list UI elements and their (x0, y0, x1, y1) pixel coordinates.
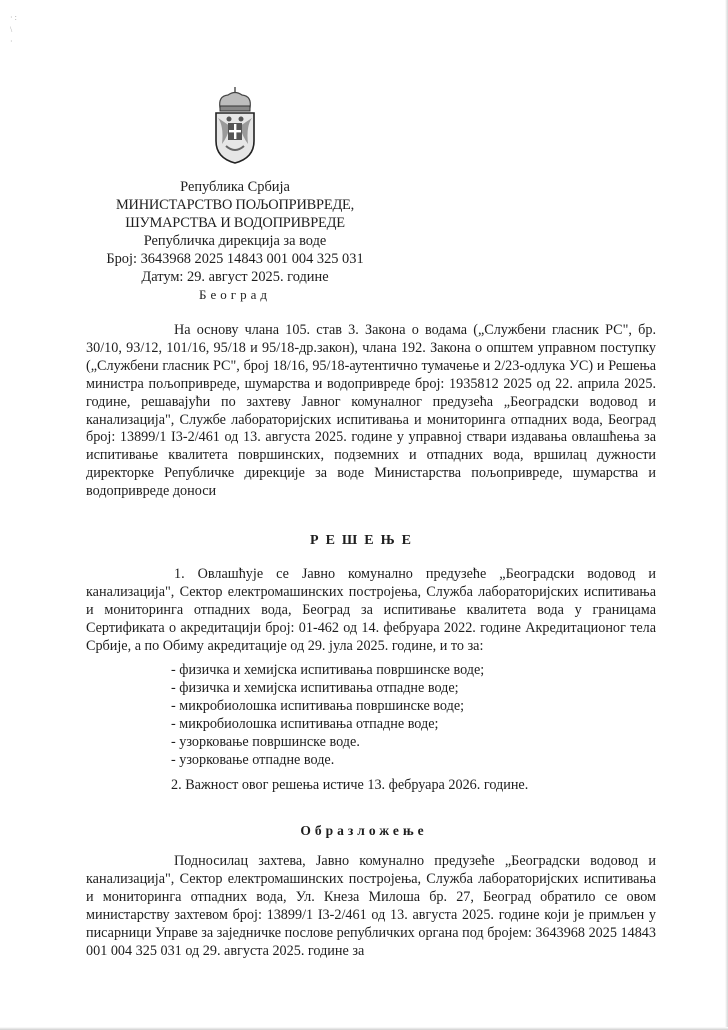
list-item: - микробиолошка испитивања површинске во… (171, 698, 484, 716)
list-item: - физичка и хемијска испитивања површинс… (171, 662, 484, 680)
ministry-name: МИНИСТАРСТВО ПОЉОПРИВРЕДЕ, (100, 196, 370, 214)
document-header: Република Србија МИНИСТАРСТВО ПОЉОПРИВРЕ… (100, 178, 370, 304)
reasoning-title: Образложење (0, 823, 728, 839)
directorate-name: Републичка дирекција за воде (100, 232, 370, 250)
list-item: - микробиолошка испитивања отпадне воде; (171, 716, 484, 734)
list-item: - узорковање површинске воде. (171, 734, 484, 752)
list-item: - физичка и хемијска испитивања отпадне … (171, 680, 484, 698)
decision-point-1: 1. Овлашћује се Јавно комунално предузећ… (86, 566, 656, 656)
document-city: Београд (100, 286, 370, 304)
ministry-name-cont: ШУМАРСТВА И ВОДОПРИВРЕДЕ (100, 214, 370, 232)
document-date: Датум: 29. август 2025. године (100, 268, 370, 286)
reasoning-paragraph: Подносилац захтева, Јавно комунално пред… (86, 853, 656, 960)
decision-point-2: 2. Важност овог решења истиче 13. фебруа… (171, 777, 528, 794)
authorization-list: - физичка и хемијска испитивања површинс… (171, 662, 484, 769)
serbian-coat-of-arms-icon (212, 86, 258, 164)
preamble-paragraph: На основу члана 105. став 3. Закона о во… (86, 322, 656, 501)
scan-mark: · (10, 36, 17, 48)
scan-mark: \ (10, 24, 17, 36)
scan-mark: · : (10, 12, 17, 24)
document-number: Број: 3643968 2025 14843 001 004 325 031 (100, 250, 370, 268)
list-item: - узорковање отпадне воде. (171, 752, 484, 770)
decision-title: РЕШЕЊЕ (0, 533, 728, 549)
country-name: Република Србија (100, 178, 370, 196)
scan-marks: · : \ · (10, 12, 17, 48)
